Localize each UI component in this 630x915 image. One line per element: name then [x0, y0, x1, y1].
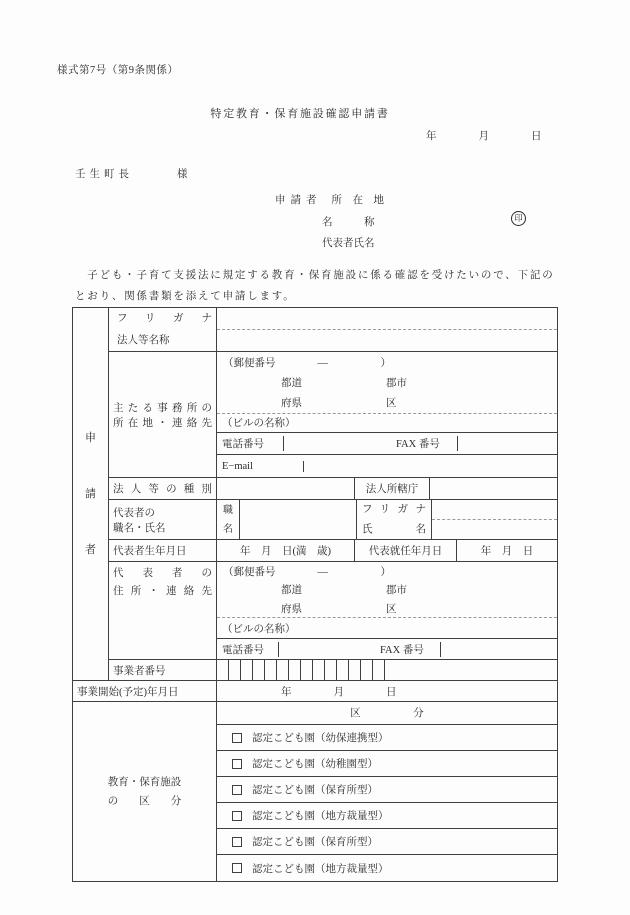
office-address-input-area: （郵便番号 ― ） 都道 郡市 府県 区	[217, 352, 557, 414]
digit-cell	[253, 660, 265, 680]
applicant-vertical-label: 申請者	[84, 410, 97, 578]
digit-cell	[301, 660, 313, 680]
category-label-line1: 教育・保育施設	[77, 773, 212, 792]
digit-cell	[241, 660, 253, 680]
category-option-row: 認定こども園（幼保連携型）	[217, 725, 557, 751]
digit-cell	[313, 660, 325, 680]
checkbox-icon[interactable]	[232, 837, 242, 847]
category-label-line2: の 区 分	[77, 792, 212, 811]
category-option-row: 認定こども園（幼稚園型）	[217, 751, 557, 777]
category-option-label: 認定こども園（地方裁量型）	[252, 861, 389, 876]
business-start-value: 年 月 日	[217, 681, 557, 701]
furigana-label: フリガナ	[113, 308, 212, 330]
postal-code-line: （郵便番号 ― ）	[217, 352, 557, 372]
rep-address-row: 代表者の 住所・連絡先 （郵便番号 ― ） 都道 郡市 府県	[109, 562, 557, 660]
seal-char: 印	[514, 214, 523, 223]
addressee-name: 壬生町長	[75, 169, 133, 180]
rep-label-line2: 職名・氏名	[113, 520, 212, 535]
category-option-row: 認定こども園（保育所型）	[217, 777, 557, 803]
rep-name-label-cell: フリガナ 氏名	[357, 500, 432, 539]
corp-type-label: 法人等の種別	[113, 481, 212, 496]
category-option-label: 認定こども園（幼稚園型）	[252, 756, 378, 771]
document-page: 様式第7号（第9条関係） 特定教育・保育施設確認申請書 年 月 日 壬生町長様 …	[0, 0, 630, 915]
jurisdiction-input-area	[430, 478, 557, 499]
appoint-value: 年 月 日	[457, 540, 557, 561]
rep-addr-label-line1: 代表者の	[113, 565, 212, 583]
corp-type-row: 法人等の種別 法人所轄庁	[109, 478, 557, 500]
rep-name-label: 氏名	[362, 520, 426, 540]
addressee-line: 壬生町長様	[75, 166, 188, 181]
furigana-input-area	[217, 308, 557, 330]
digit-cell	[373, 660, 385, 680]
intro-line-1: 子ども・子育て支援法に規定する教育・保育施設に係る確認を受けたいので、下記の	[75, 266, 555, 287]
applicant-signature-block: 申請者所 在 地 名 称 代表者氏名	[275, 190, 384, 255]
jurisdiction-label: 法人所轄庁	[355, 478, 430, 499]
category-option-label: 認定こども園（保育所型）	[252, 782, 378, 797]
birth-label: 代表者生年月日	[113, 543, 212, 558]
birth-value: 年 月 日(満 歳)	[217, 540, 355, 561]
addressee-honorific: 様	[177, 169, 188, 180]
applicant-field-address: 所 在 地	[332, 195, 385, 206]
intro-line-2: とおり、関係書類を添えて申請します。	[75, 287, 555, 308]
business-start-row: 事業開始(予定)年月日 年 月 日	[73, 680, 557, 702]
rep-name-value-area	[432, 520, 557, 539]
corp-name-row: フリガナ 法人等名称	[109, 308, 557, 352]
business-number-blank-area	[385, 660, 557, 680]
representative-row: 代表者の 職名・氏名 職名 フリガナ 氏名	[109, 500, 557, 540]
office-address-row: 主たる事務所の 所在地・連絡先 （郵便番号 ― ） 都道 郡市 府県	[109, 352, 557, 478]
office-label-line2: 所在地・連絡先	[113, 415, 212, 430]
form-number: 様式第7号（第9条関係）	[57, 62, 179, 77]
rep-address-input-area: （郵便番号 ― ） 都道 郡市 府県 区	[217, 562, 557, 618]
rep-phone-row: 電話番号 FAX 番号	[217, 639, 557, 659]
category-option-row: 認定こども園（保育所型）	[217, 829, 557, 855]
prefecture-suffix: 都道	[281, 375, 302, 390]
application-table: 申請者 フリガナ 法人等名称 主たる事務所	[72, 307, 558, 882]
corp-name-label: 法人等名称	[113, 330, 212, 352]
birthdate-row: 代表者生年月日 年 月 日(満 歳) 代表就任年月日 年 月 日	[109, 540, 557, 562]
ward-suffix: 区	[386, 395, 397, 410]
digit-cell	[265, 660, 277, 680]
rep-county-suffix: 郡市	[386, 582, 407, 597]
checkbox-icon[interactable]	[232, 863, 242, 873]
category-option-label: 認定こども園（保育所型）	[252, 834, 378, 849]
digit-cell	[361, 660, 373, 680]
checkbox-icon[interactable]	[232, 759, 242, 769]
rep-prefecture-suffix: 都道	[281, 582, 302, 597]
rep-prefecture-line: 都道 郡市	[217, 580, 557, 598]
rep-addr-label-line2: 住所・連絡先	[113, 583, 212, 601]
applicant-vertical-header: 申請者	[73, 308, 109, 680]
building-name-label: （ビルの名称）	[217, 414, 557, 434]
digit-cell	[289, 660, 301, 680]
business-number-row: 事業者番号	[109, 660, 557, 680]
prefecture-line2: 府県 区	[217, 392, 557, 412]
category-column-header: 区 分	[217, 702, 557, 725]
tel-label: 電話番号	[217, 436, 284, 451]
business-start-label: 事業開始(予定)年月日	[77, 684, 212, 699]
job-title-input-area	[240, 500, 357, 539]
business-number-cells	[217, 660, 385, 680]
applicant-prefix: 申請者	[275, 195, 322, 206]
corp-type-input-area	[217, 478, 355, 499]
rep-prefecture-line2: 府県 区	[217, 599, 557, 617]
business-number-label: 事業者番号	[113, 663, 212, 678]
category-option-label: 認定こども園（幼保連携型）	[252, 730, 389, 745]
rep-prefecture-suffix2: 府県	[281, 601, 302, 616]
email-row: E−mail	[217, 455, 557, 477]
date-line: 年 月 日	[426, 128, 542, 143]
checkbox-icon[interactable]	[232, 811, 242, 821]
rep-building-name-label: （ビルの名称）	[217, 618, 557, 639]
applicant-section: 申請者 フリガナ 法人等名称 主たる事務所	[73, 308, 557, 680]
digit-cell	[217, 660, 229, 680]
corp-name-input-area	[217, 330, 557, 351]
email-label: E−mail	[217, 461, 304, 472]
office-phone-row: 電話番号 FAX 番号	[217, 433, 557, 455]
rep-label-line1: 代表者の	[113, 505, 212, 520]
digit-cell	[325, 660, 337, 680]
rep-name-input-area	[432, 500, 557, 539]
digit-cell	[277, 660, 289, 680]
digit-cell	[349, 660, 361, 680]
page-title: 特定教育・保育施設確認申請書	[0, 105, 600, 121]
rep-ward-suffix: 区	[386, 601, 397, 616]
rep-postal-code-line: （郵便番号 ― ）	[217, 562, 557, 580]
digit-cell	[337, 660, 349, 680]
prefecture-suffix2: 府県	[281, 395, 302, 410]
office-label-line1: 主たる事務所の	[113, 400, 212, 415]
job-title-label: 職名	[222, 501, 234, 539]
digit-cell	[229, 660, 241, 680]
appoint-label: 代表就任年月日	[355, 540, 457, 561]
county-suffix: 郡市	[386, 375, 407, 390]
checkbox-icon[interactable]	[232, 785, 242, 795]
rep-fax-label: FAX 番号	[375, 642, 441, 657]
fax-label: FAX 番号	[391, 436, 458, 451]
rep-furigana-label: フリガナ	[362, 500, 426, 520]
intro-paragraph: 子ども・子育て支援法に規定する教育・保育施設に係る確認を受けたいので、下記の と…	[75, 266, 555, 307]
category-option-row: 認定こども園（地方裁量型）	[217, 855, 557, 881]
facility-category-section: 教育・保育施設 の 区 分 区 分 認定こども園（幼保連携型） 認定こども園（幼…	[73, 702, 557, 881]
rep-tel-label: 電話番号	[217, 642, 279, 657]
checkbox-icon[interactable]	[232, 733, 242, 743]
category-option-label: 認定こども園（地方裁量型）	[252, 808, 389, 823]
applicant-field-representative: 代表者氏名	[275, 233, 384, 255]
seal-icon: 印	[511, 211, 526, 226]
prefecture-line: 都道 郡市	[217, 372, 557, 392]
applicant-field-name: 名 称	[275, 212, 384, 234]
rep-furigana-input-area	[432, 500, 557, 520]
category-option-row: 認定こども園（地方裁量型）	[217, 803, 557, 829]
job-title-label-cell: 職名	[217, 500, 240, 539]
